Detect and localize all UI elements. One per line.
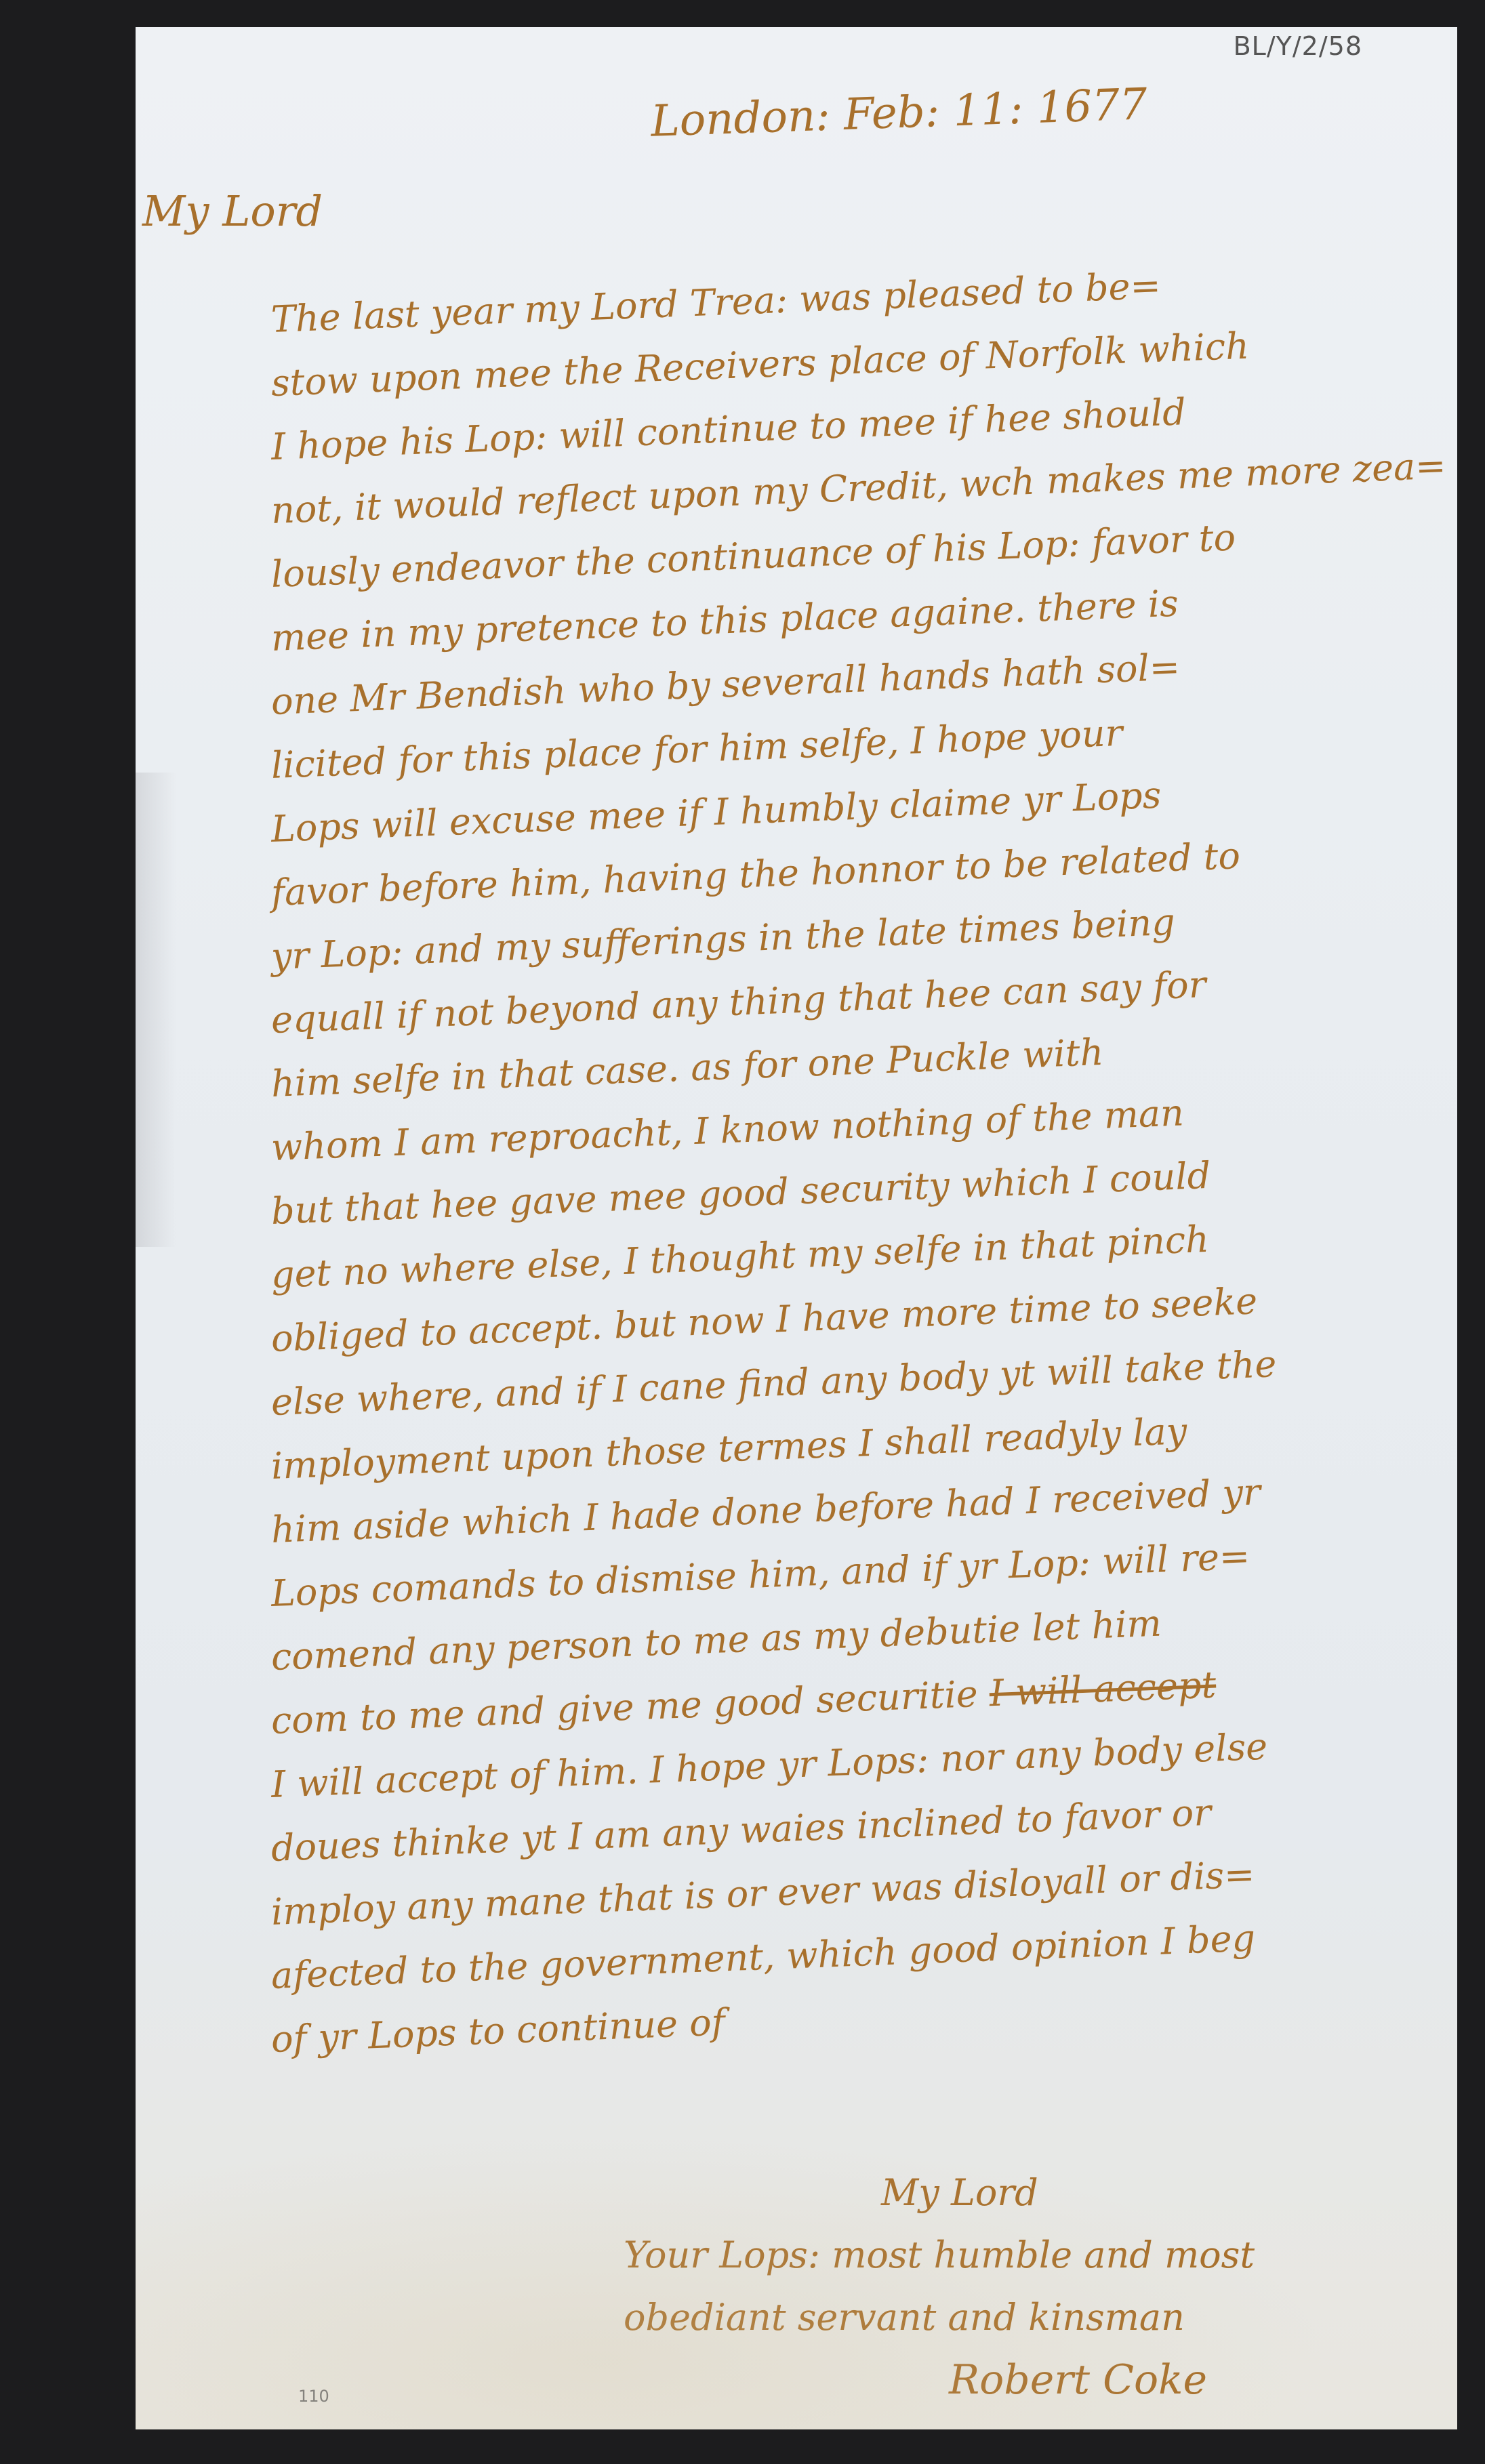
dateline: London: Feb: 11: 1677	[650, 79, 1148, 147]
salutation: My Lord	[142, 186, 323, 236]
closing-line: Your Lops: most humble and most	[624, 2224, 1255, 2286]
signature: Robert Coke	[624, 2349, 1255, 2411]
archive-reference: BL/Y/2/58	[1234, 31, 1362, 61]
letter-body: The last year my Lord Trea: was pleased …	[271, 288, 1457, 2072]
closing-salutation: My Lord	[624, 2162, 1255, 2224]
closing-block: My Lord Your Lops: most humble and most …	[624, 2162, 1255, 2411]
struck-text: I will accept	[989, 1663, 1217, 1714]
closing-line: obediant servant and kinsman	[624, 2286, 1255, 2349]
folio-number: 110	[298, 2387, 329, 2406]
paper-stain	[136, 773, 176, 1247]
letter-page: BL/Y/2/58 London: Feb: 11: 1677 My Lord …	[136, 27, 1457, 2429]
